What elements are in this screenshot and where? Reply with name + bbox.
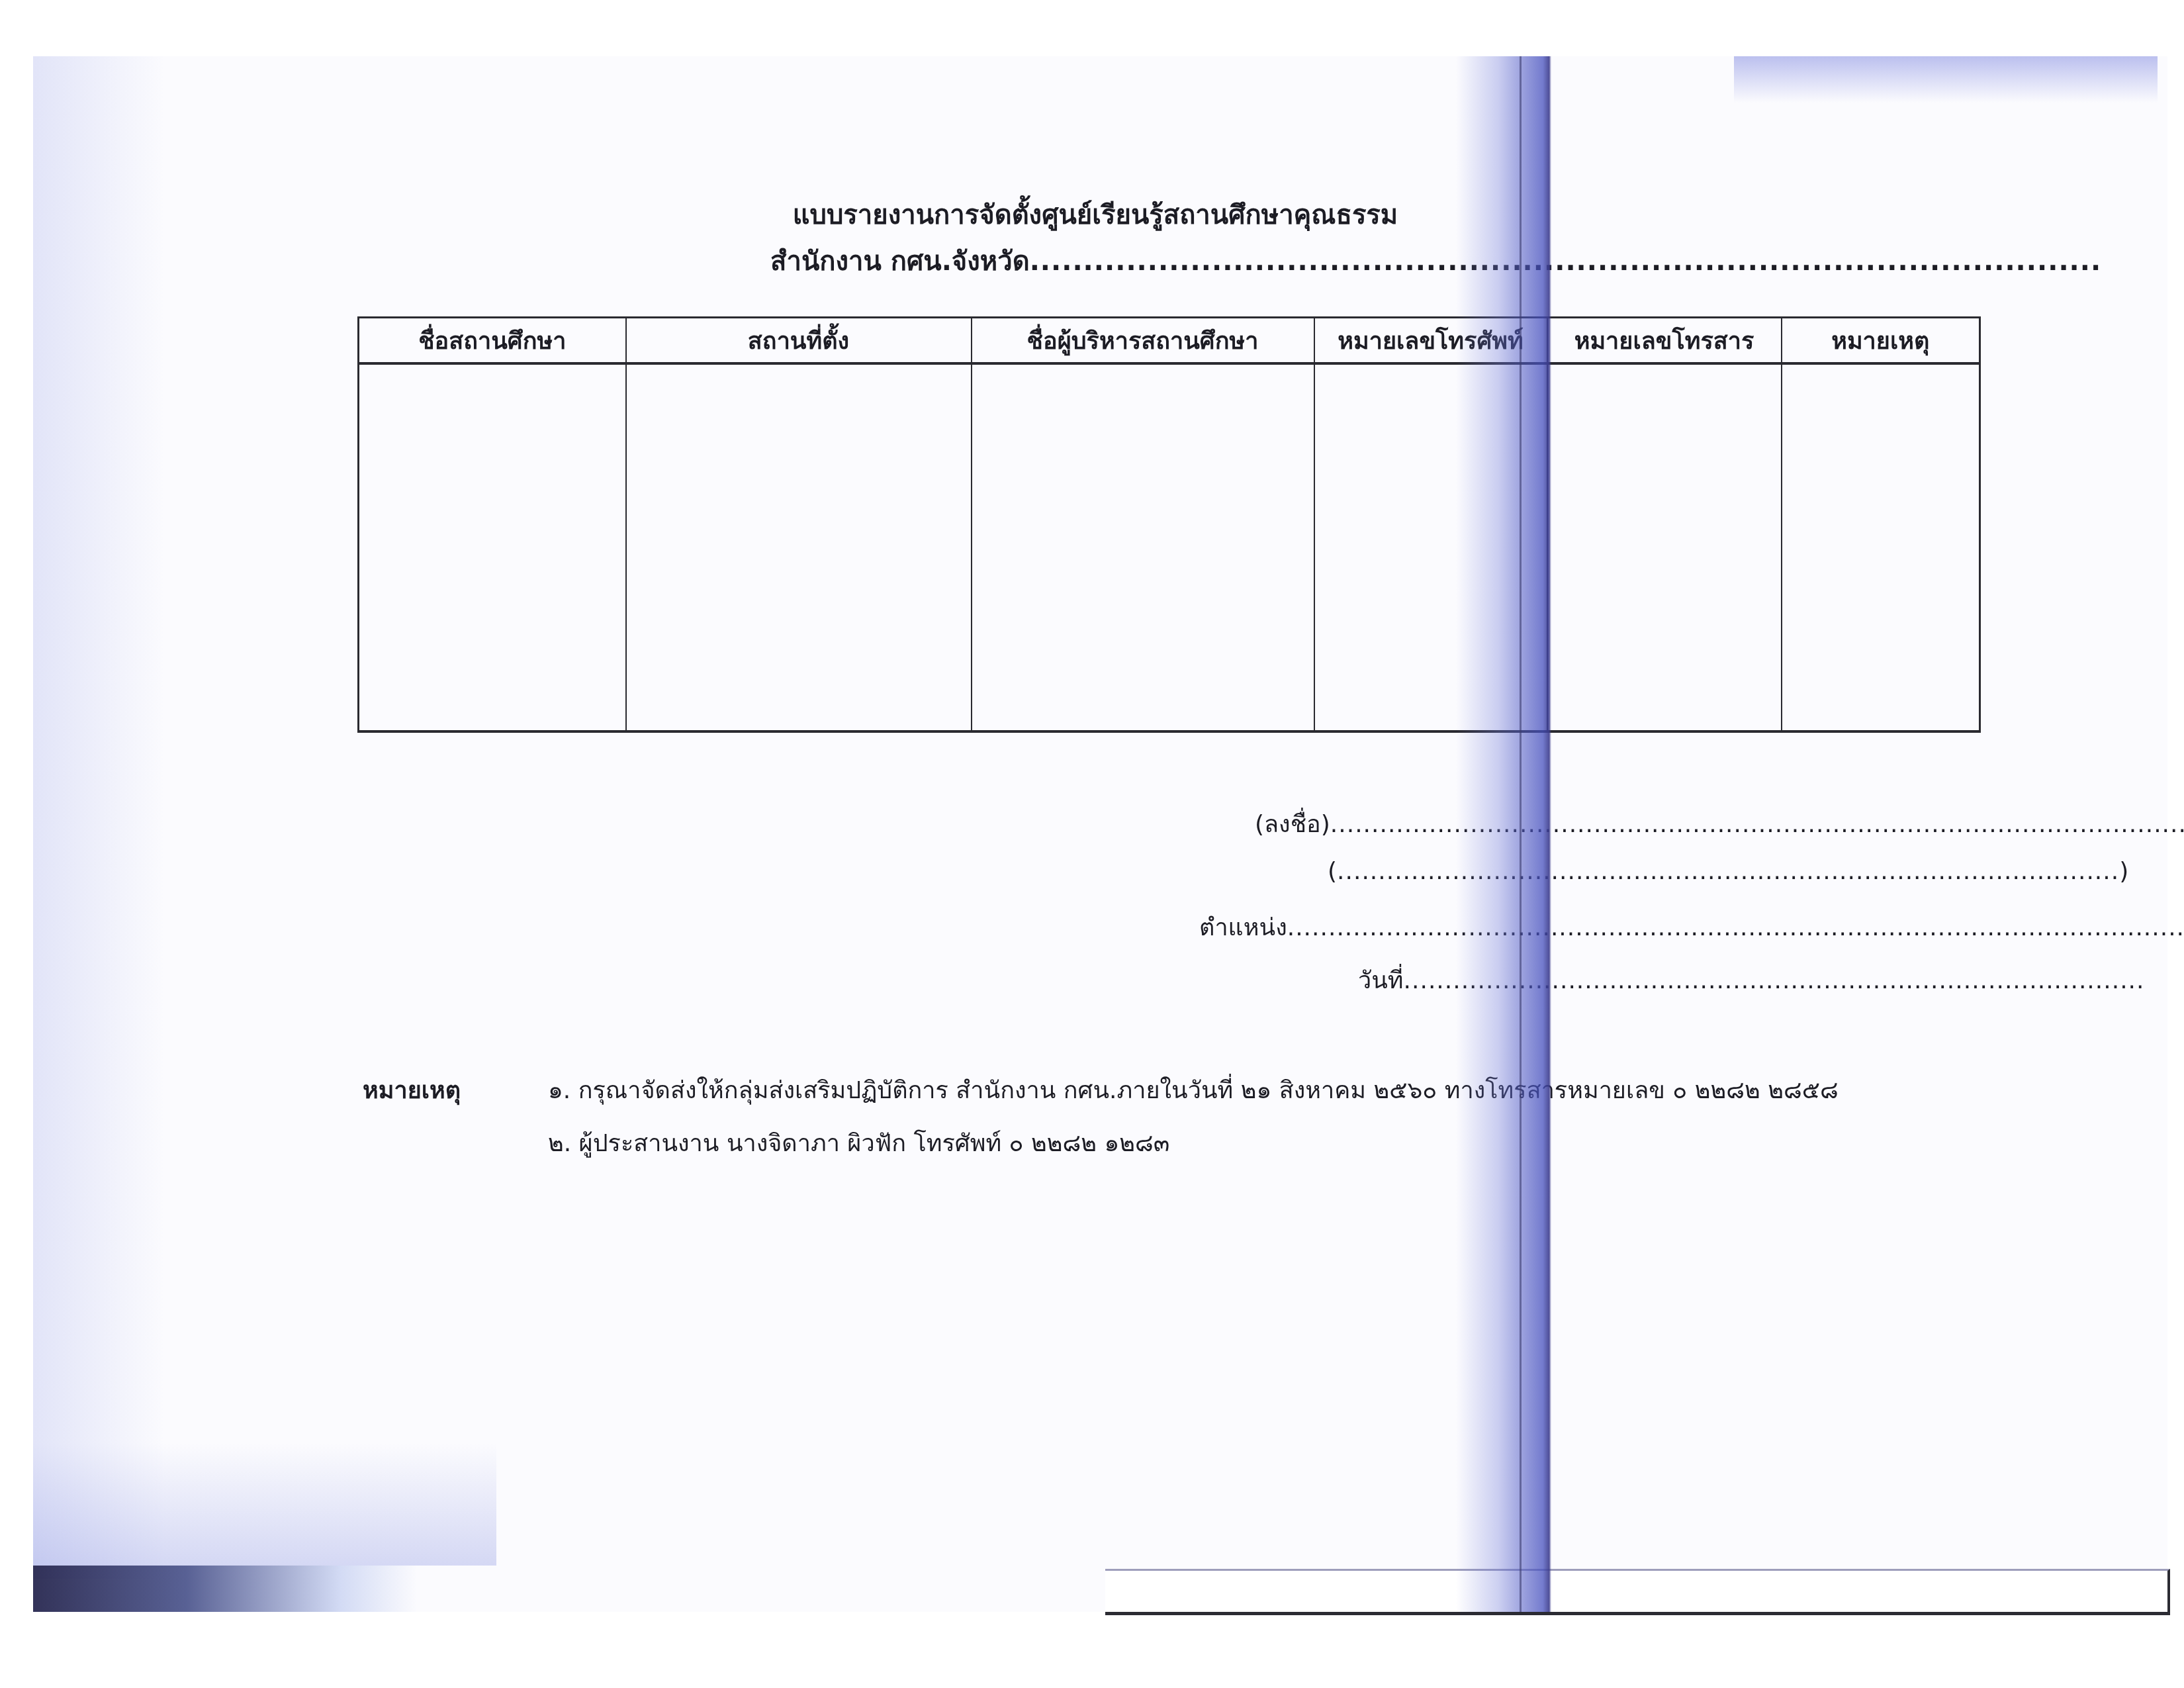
column-header-fax: หมายเลขโทรสาร [1547,318,1782,364]
cell-location[interactable] [626,363,972,731]
position-label: ตำแหน่ง [1199,914,1287,941]
document-title: แบบรายงานการจัดตั้งศูนย์เรียนรู้สถานศึกษ… [0,193,2184,236]
scan-shadow-bottom-glow [33,1443,496,1566]
cell-fax[interactable] [1547,363,1782,731]
report-table: ชื่อสถานศึกษา สถานที่ตั้ง ชื่อผู้บริหารส… [357,316,1981,733]
scan-page-edge [1105,1569,2170,1615]
document-title-text: แบบรายงานการจัดตั้งศูนย์เรียนรู้สถานศึกษ… [793,200,1398,230]
paren-close: ) [2119,858,2128,885]
note-item-2: ๒. ผู้ประสานงาน นางจิดาภา ผิวฟัก โทรศัพท… [548,1124,1169,1162]
scan-shadow-top [1734,56,2158,103]
column-header-location: สถานที่ตั้ง [626,318,972,364]
note-item-1: ๑. กรุณาจัดส่งให้กลุ่มส่งเสริมปฏิบัติการ… [548,1071,1839,1109]
province-blank-field[interactable]: ........................................… [1030,246,2102,277]
position-line: ตำแหน่ง.................................… [1199,908,2184,946]
scan-fold-line [1520,56,1522,1612]
notes-label: หมายเหตุ [363,1071,461,1109]
printed-name-blank-field[interactable]: ........................................… [1337,858,2119,885]
cell-remarks[interactable] [1782,363,1980,731]
sign-label: (ลงชื่อ) [1255,811,1330,838]
province-office-label: สำนักงาน กศน.จังหวัด [770,246,1030,277]
column-header-remarks: หมายเหตุ [1782,318,1980,364]
scan-fold-shadow [1456,56,1562,1612]
date-label: วันที่ [1358,967,1404,994]
scan-shadow-bottom-left [33,1566,417,1612]
signature-line: (ลงชื่อ)................................… [1255,805,2184,843]
document-subtitle: สำนักงาน กศน.จังหวัด....................… [770,240,2101,282]
scan-shadow-left [33,56,165,1579]
paren-open: ( [1328,858,1337,885]
column-header-school-name: ชื่อสถานศึกษา [359,318,626,364]
position-blank-field[interactable]: ........................................… [1287,914,2184,941]
table-row [359,363,1980,731]
column-header-administrator-name: ชื่อผู้บริหารสถานศึกษา [972,318,1314,364]
printed-name-line: (.......................................… [1328,858,2128,885]
table-header-row: ชื่อสถานศึกษา สถานที่ตั้ง ชื่อผู้บริหารส… [359,318,1980,364]
cell-administrator-name[interactable] [972,363,1314,731]
cell-school-name[interactable] [359,363,626,731]
